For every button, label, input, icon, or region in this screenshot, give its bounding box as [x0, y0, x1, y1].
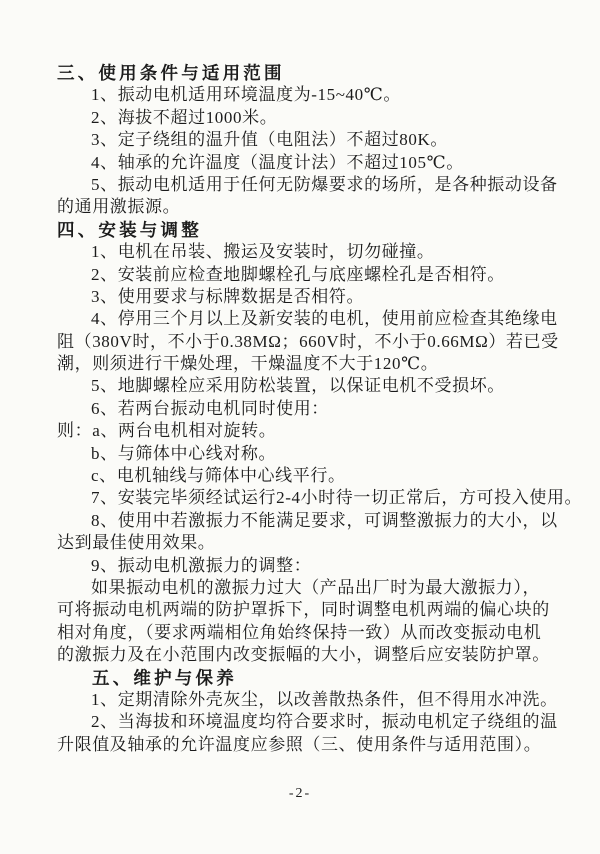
text-line: 3、定子绕组的温升值（电阻法）不超过80K。 [57, 129, 547, 151]
text-line: 7、安装完毕须经试运行2-4小时待一切正常后，方可投入使用。 [57, 487, 547, 509]
text-line: 可将振动电机两端的防护罩拆下，同时调整电机两端的偏心块的 [57, 599, 547, 621]
text-line: b、与筛体中心线对称。 [57, 443, 547, 465]
text-line: 则：a、两台电机相对旋转。 [57, 420, 547, 442]
text-line: 4、轴承的允许温度（温度计法）不超过105℃。 [57, 152, 547, 174]
text-line: 相对角度，（要求两端相位角始终保持一致）从而改变振动电机 [57, 622, 547, 644]
text-line: 2、当海拔和环境温度均符合要求时，振动电机定子绕组的温 [57, 711, 547, 733]
text-line: 5、振动电机适用于任何无防爆要求的场所，是各种振动设备 [57, 174, 547, 196]
text-line: 达到最佳使用效果。 [57, 532, 547, 554]
text-line: 潮，则须进行干燥处理，干燥温度不大于120℃。 [57, 353, 547, 375]
text-line: 1、定期清除外壳灰尘，以改善散热条件，但不得用水冲洗。 [57, 689, 547, 711]
text-line: 的激振力及在小范围内改变振幅的大小，调整后应安装防护罩。 [57, 644, 547, 666]
text-line: 9、振动电机激振力的调整： [57, 555, 547, 577]
text-line: 2、海拔不超过1000米。 [57, 107, 547, 129]
section-heading: 五、维护与保养 [57, 667, 547, 689]
text-line: 的通用激振源。 [57, 196, 547, 218]
text-line: 阻（380V时，不小于0.38MΩ；660V时，不小于0.66MΩ）若已受 [57, 331, 547, 353]
text-line: c、电机轴线与筛体中心线平行。 [57, 465, 547, 487]
page-number: -2- [0, 786, 600, 802]
text-line: 4、停用三个月以上及新安装的电机，使用前应检查其绝缘电 [57, 308, 547, 330]
section-heading: 四、安装与调整 [57, 219, 547, 241]
text-line: 如果振动电机的激振力过大（产品出厂时为最大激振力）， [57, 577, 547, 599]
document-page: 三、使用条件与适用范围1、振动电机适用环境温度为-15~40℃。2、海拔不超过1… [0, 0, 600, 854]
text-line: 2、安装前应检查地脚螺栓孔与底座螺栓孔是否相符。 [57, 264, 547, 286]
text-line: 3、使用要求与标牌数据是否相符。 [57, 286, 547, 308]
text-line: 6、若两台振动电机同时使用： [57, 398, 547, 420]
text-line: 1、电机在吊装、搬运及安装时，切勿碰撞。 [57, 241, 547, 263]
text-line: 8、使用中若激振力不能满足要求，可调整激振力的大小，以 [57, 510, 547, 532]
section-heading: 三、使用条件与适用范围 [57, 62, 547, 84]
document-body: 三、使用条件与适用范围1、振动电机适用环境温度为-15~40℃。2、海拔不超过1… [57, 62, 547, 756]
text-line: 5、地脚螺栓应采用防松装置，以保证电机不受损坏。 [57, 375, 547, 397]
text-line: 升限值及轴承的允许温度应参照（三、使用条件与适用范围）。 [57, 734, 547, 756]
text-line: 1、振动电机适用环境温度为-15~40℃。 [57, 84, 547, 106]
